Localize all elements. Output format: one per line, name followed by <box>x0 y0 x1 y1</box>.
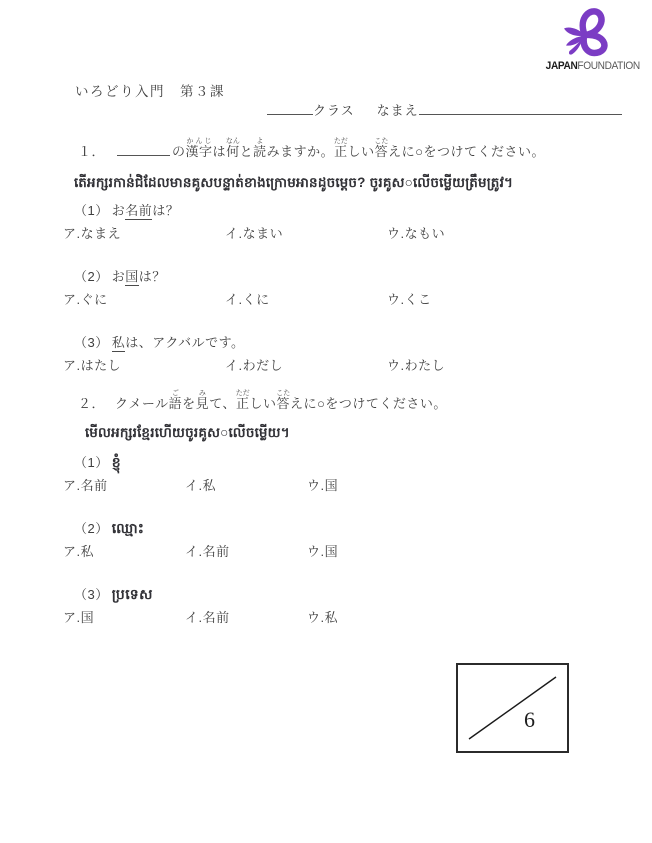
answer-option-u: ウ.くこ <box>387 289 549 308</box>
answer-options-row: ア.ぐにイ.くにウ.くこ <box>63 289 603 307</box>
question-block: （2）ឈ្មោះア.私イ.名前ウ.国 <box>63 518 603 559</box>
question-block: （2）お国は？ア.ぐにイ.くにウ.くこ <box>63 266 603 307</box>
prompt-text: て、 <box>209 396 236 411</box>
score-box: 6 <box>456 663 569 753</box>
question-label-line: （2）お国は？ <box>63 266 603 284</box>
answer-options-row: ア.私イ.名前ウ.国 <box>63 541 603 559</box>
furigana: よ <box>253 138 267 145</box>
question-number: （1） <box>74 203 109 218</box>
section1-questions: （1）お名前は？ア.なまえイ.なまいウ.なもい（2）お国は？ア.ぐにイ.くにウ.… <box>63 200 603 398</box>
answer-option-u: ウ.なもい <box>387 223 549 242</box>
underlined-kanji: 私 <box>112 335 126 352</box>
question-block: （3）ប្រទេសア.国イ.名前ウ.私 <box>63 584 603 625</box>
question-text: お <box>112 203 126 218</box>
name-blank-line <box>419 101 622 115</box>
ruby-word: 答こた <box>276 396 290 411</box>
question-label-line: （1）ខ្ញុំ <box>63 452 603 470</box>
answer-option-u: ウ.私 <box>307 607 429 626</box>
answer-option-a: ア.国 <box>63 607 185 626</box>
question-text: は？ <box>152 203 179 218</box>
answer-options-row: ア.国イ.名前ウ.私 <box>63 607 603 625</box>
japan-foundation-logo: JAPANFOUNDATION <box>542 6 634 72</box>
worksheet-page: JAPANFOUNDATION いろどり入門 第３課 クラスなまえ １．の漢字か… <box>0 0 652 843</box>
furigana: ただ <box>334 138 348 145</box>
question-text: は、アクバルです。 <box>125 335 244 350</box>
prompt-text: は <box>213 144 227 159</box>
answer-option-a: ア.なまえ <box>63 223 225 242</box>
name-label: なまえ <box>377 103 419 118</box>
answer-option-u: ウ.わたし <box>387 355 549 374</box>
page-title: いろどり入門 第３課 <box>75 80 225 100</box>
question-number: （3） <box>74 335 109 350</box>
answer-option-u: ウ.国 <box>307 475 429 494</box>
ruby-word: 語ご <box>169 396 183 411</box>
question1-number: １． <box>78 144 105 159</box>
prompt-text: を <box>182 396 196 411</box>
answer-option-u: ウ.国 <box>307 541 429 560</box>
question2-prompt: ２．クメール語ごを見みて、正ただしい答こたえに○をつけてください。 <box>78 390 447 410</box>
answer-options-row: ア.はたしイ.わだしウ.わたし <box>63 355 603 373</box>
butterfly-logo-icon <box>563 6 613 58</box>
question-number: （1） <box>74 455 109 470</box>
question-text: お <box>112 269 126 284</box>
diagonal-line <box>458 665 567 751</box>
class-label: クラス <box>313 103 355 118</box>
furigana: ご <box>169 390 183 397</box>
question-label-line: （1）お名前は？ <box>63 200 603 218</box>
answer-option-i: イ.名前 <box>185 541 307 560</box>
ruby-word: 正ただ <box>236 396 250 411</box>
question-block: （3）私は、アクバルです。ア.はたしイ.わだしウ.わたし <box>63 332 603 373</box>
furigana: なん <box>226 138 240 145</box>
prompt-text: の <box>172 144 186 159</box>
furigana: こた <box>276 390 290 397</box>
ruby-word: 何なん <box>226 144 240 159</box>
prompt-text: クメール <box>115 396 169 411</box>
section2-questions: （1）ខ្ញុំア.名前イ.私ウ.国（2）ឈ្មោះア.私イ.名前ウ.国（3）ប… <box>63 452 603 650</box>
question-text: は？ <box>139 269 166 284</box>
ruby-word: 見み <box>196 396 210 411</box>
answer-option-i: イ.なまい <box>225 223 387 242</box>
answer-option-a: ア.はたし <box>63 355 225 374</box>
question-number: （2） <box>74 521 109 536</box>
question1-blank-line <box>117 142 170 156</box>
ruby-word: 読よ <box>253 144 267 159</box>
logo-text-foundation: FOUNDATION <box>577 60 639 72</box>
khmer-word: ខ្ញុំ <box>112 454 121 470</box>
question-label-line: （3）ប្រទេស <box>63 584 603 602</box>
khmer-word: ប្រទេស <box>112 586 153 602</box>
prompt-text: しい <box>348 144 375 159</box>
answer-option-a: ア.名前 <box>63 475 185 494</box>
khmer-word: ឈ្មោះ <box>112 520 145 536</box>
prompt-text: と <box>240 144 254 159</box>
question2-number: ２． <box>78 396 105 411</box>
answer-option-i: イ.私 <box>185 475 307 494</box>
furigana: こた <box>374 138 388 145</box>
underlined-kanji: 名前 <box>125 203 152 220</box>
ruby-word: 答こた <box>375 144 389 159</box>
score-total: 6 <box>524 707 535 733</box>
answer-option-i: イ.名前 <box>185 607 307 626</box>
khmer-instruction-2: មើលអក្សរខ្មែរហើយចូរគូស○លើចម្លើយ។ <box>85 424 290 444</box>
answer-option-a: ア.ぐに <box>63 289 225 308</box>
answer-options-row: ア.なまえイ.なまいウ.なもい <box>63 223 603 241</box>
question-label-line: （3）私は、アクバルです。 <box>63 332 603 350</box>
prompt-text: みますか。 <box>267 144 335 159</box>
ruby-word: 漢字かんじ <box>186 144 213 159</box>
prompt-text: えに○をつけてください。 <box>290 396 447 411</box>
question-number: （2） <box>74 269 109 284</box>
question-label-line: （2）ឈ្មោះ <box>63 518 603 536</box>
class-blank-line <box>267 101 313 115</box>
answer-option-i: イ.くに <box>225 289 387 308</box>
answer-options-row: ア.名前イ.私ウ.国 <box>63 475 603 493</box>
answer-option-i: イ.わだし <box>225 355 387 374</box>
question-block: （1）ខ្ញុំア.名前イ.私ウ.国 <box>63 452 603 493</box>
question1-prompt: １．の漢字かんじは何なんと読よみますか。正ただしい答こたえに○をつけてください。 <box>78 138 545 158</box>
underlined-kanji: 国 <box>125 269 139 286</box>
answer-option-a: ア.私 <box>63 541 185 560</box>
prompt-text: えに○をつけてください。 <box>388 144 545 159</box>
furigana: み <box>196 390 210 397</box>
furigana: かんじ <box>186 138 213 145</box>
logo-wordmark: JAPANFOUNDATION <box>546 60 631 72</box>
khmer-instruction-1: តើអក្សរកាន់ជិដែលមានគូសបន្ទាត់ខាងក្រោមអាន… <box>74 174 513 194</box>
question-number: （3） <box>74 587 109 602</box>
logo-text-japan: JAPAN <box>546 60 578 72</box>
class-name-line: クラスなまえ <box>267 100 622 119</box>
prompt-text: しい <box>249 396 276 411</box>
ruby-word: 正ただ <box>334 144 348 159</box>
furigana: ただ <box>236 390 250 397</box>
question-block: （1）お名前は？ア.なまえイ.なまいウ.なもい <box>63 200 603 241</box>
